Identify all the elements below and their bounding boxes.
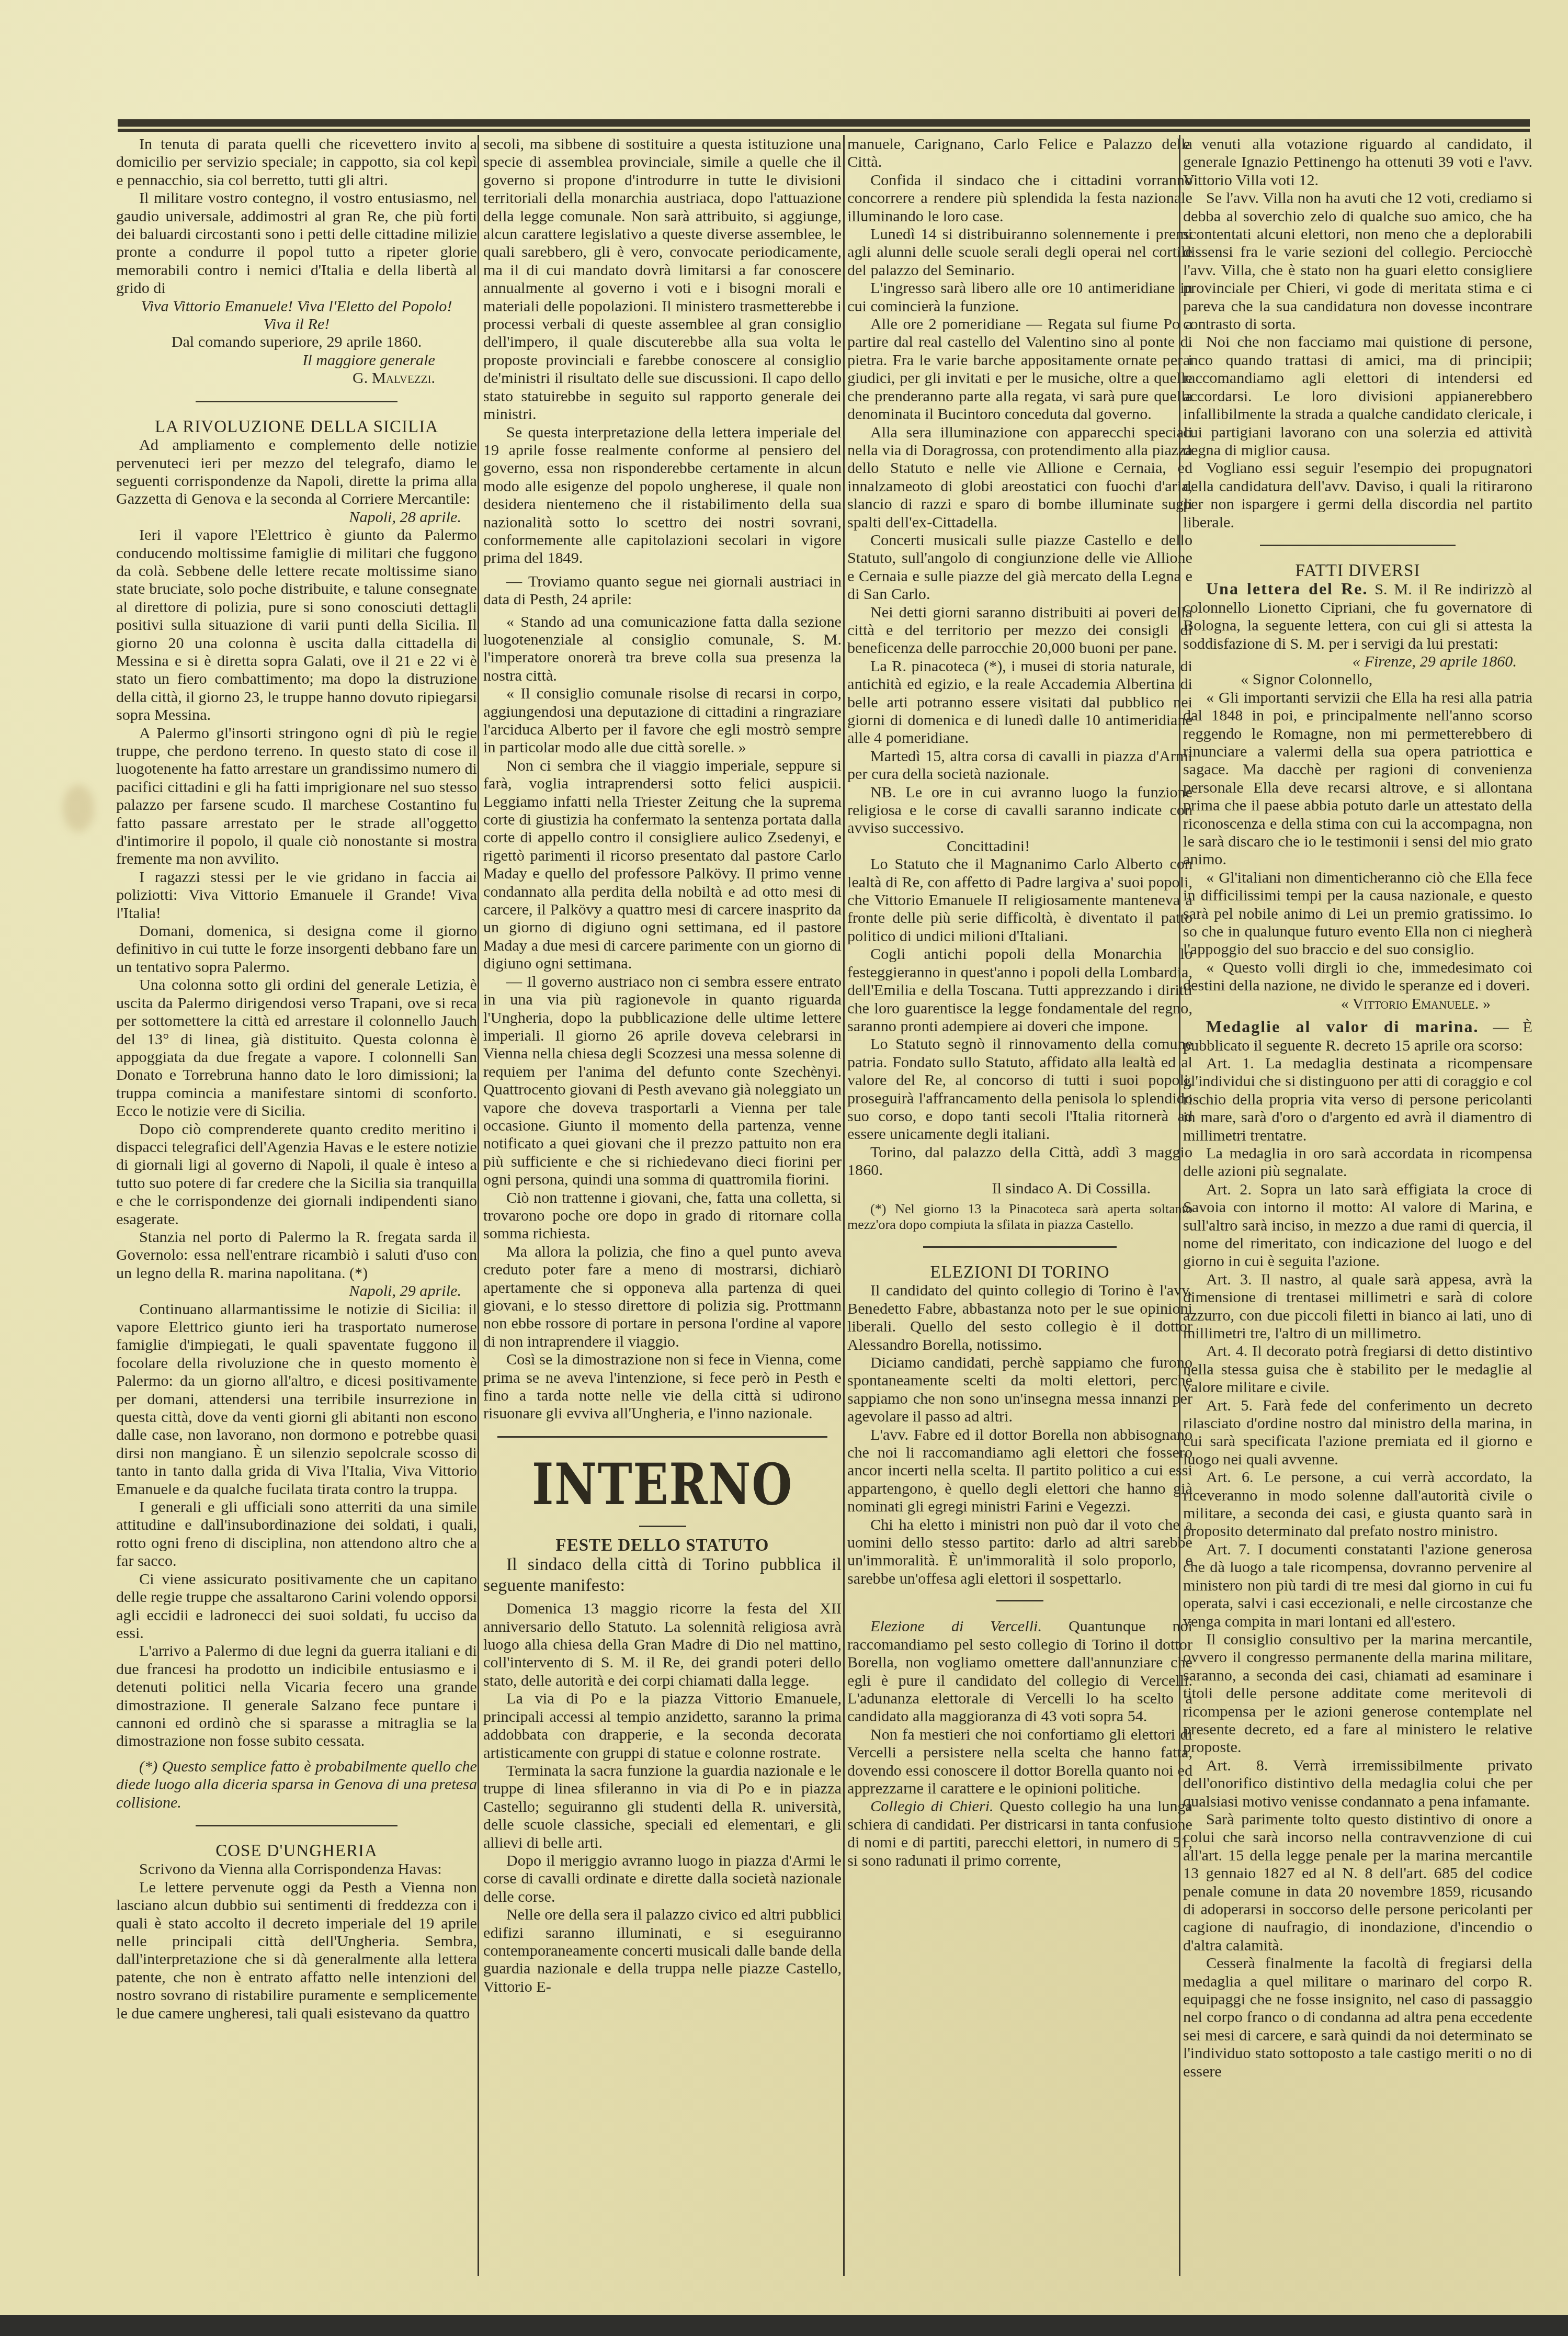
section-heading-feste: FESTE DELLO STATUTO <box>483 1537 842 1554</box>
section-heading-elezioni: ELEZIONI DI TORINO <box>847 1263 1192 1281</box>
section-heading-sicilia: LA RIVOLUZIONE DELLA SICILIA <box>116 418 477 436</box>
paragraph: Chi ha eletto i ministri non può dar il … <box>847 1516 1192 1588</box>
signature-name: G. Malvezzi. <box>116 369 477 387</box>
paragraph: Medaglie al valor di marina. — È pubblic… <box>1183 1018 1532 1054</box>
article: Art. 6. Le persone, a cui verrà accordat… <box>1183 1468 1532 1540</box>
letter-paragraph: « Gl'italiani non dimenticheranno ciò ch… <box>1183 868 1532 958</box>
dateline: Dal comando superiore, 29 aprile 1860. <box>116 333 477 351</box>
paragraph: Non fa mestieri che noi confortiamo gli … <box>847 1725 1192 1798</box>
paragraph: Scrivono da Vienna alla Corrispondenza H… <box>116 1860 477 1878</box>
section-separator <box>923 1246 1117 1248</box>
paragraph: Cogli antichi popoli della Monarchia lo … <box>847 945 1192 1035</box>
run-in-label: Medaglie al valor di marina. <box>1206 1017 1479 1036</box>
column-2: secoli, ma sibbene di sostituire a quest… <box>483 135 842 2278</box>
paragraph: Le lettere pervenute oggi da Pesth a Vie… <box>116 1878 477 2022</box>
paragraph: Così se la dimostrazione non si fece in … <box>483 1350 842 1423</box>
paragraph: Continuano allarmantissime le notizie di… <box>116 1300 477 1498</box>
paragraph: secoli, ma sibbene di sostituire a quest… <box>483 135 842 423</box>
section-separator <box>196 401 397 402</box>
paragraph: La via di Po e la piazza Vittorio Emanue… <box>483 1689 842 1762</box>
dateline: Napoli, 28 aprile. <box>116 508 477 526</box>
paragraph: Alla sera illuminazione con apparecchi s… <box>847 423 1192 531</box>
article: Il consiglio consultivo per la marina me… <box>1183 1630 1532 1756</box>
paragraph: Se questa interpretazione della lettera … <box>483 423 842 567</box>
run-in-label: Elezione di Vercelli. <box>870 1617 1042 1635</box>
footnote: (*) Nel giorno 13 la Pinacoteca sarà ape… <box>847 1201 1192 1233</box>
paragraph: Lo Statuto segnò il rinnovamento della c… <box>847 1035 1192 1143</box>
header-double-rule <box>118 119 1530 129</box>
article: Art. 3. Il nastro, al quale sarà appesa,… <box>1183 1270 1532 1342</box>
article: Art. 8. Verrà irremissibilmente privato … <box>1183 1756 1532 1810</box>
paragraph: Alle ore 2 pomeridiane — Regata sul fium… <box>847 315 1192 423</box>
dateline: « Firenze, 29 aprile 1860. <box>1183 652 1532 670</box>
article: Cesserà finalmente la facoltà di fregiar… <box>1183 1954 1532 2080</box>
paragraph: Domani, domenica, si designa come il gio… <box>116 922 477 976</box>
run-in-label: Collegio di Chieri. <box>870 1797 994 1815</box>
paragraph: Ma allora la polizia, che fino a quel pu… <box>483 1243 842 1350</box>
paragraph: La R. pinacoteca (*), i musei di storia … <box>847 657 1192 747</box>
short-separator <box>639 1526 686 1527</box>
paragraph: Una lettera del Re. S. M. il Re indirizz… <box>1183 580 1532 652</box>
section-heading-ungheria: COSE D'UNGHERIA <box>116 1842 477 1860</box>
paragraph: Concerti musicali sulle piazze Castello … <box>847 531 1192 603</box>
paragraph: Se l'avv. Villa non ha avuti che 12 voti… <box>1183 189 1532 333</box>
paragraph: Lo Statuto che il Magnanimo Carlo Albert… <box>847 855 1192 945</box>
paragraph: A Palermo gl'insorti stringono ogni dì p… <box>116 724 477 868</box>
paragraph: Ad ampliamento e complemento delle notiz… <box>116 436 477 508</box>
paragraph: L'ingresso sarà libero alle ore 10 antim… <box>847 279 1192 315</box>
article: Art. 1. La medaglia destinata a ricompen… <box>1183 1054 1532 1144</box>
paragraph: I ragazzi stessi per le vie gridano in f… <box>116 868 477 922</box>
signature-title: Il maggiore generale <box>116 351 477 369</box>
section-separator <box>1260 545 1456 546</box>
article: Art. 5. Farà fede del conferimento un de… <box>1183 1396 1532 1469</box>
letter-paragraph: « Questo volli dirgli io che, immedesima… <box>1183 958 1532 995</box>
quote-paragraph: « Stando ad una comunicazione fatta dall… <box>483 613 842 685</box>
paragraph: In tenuta di parata quelli che ricevette… <box>116 135 477 189</box>
dateline: Napoli, 29 aprile. <box>116 1282 477 1300</box>
article: La medaglia in oro sarà accordata in ric… <box>1183 1144 1532 1180</box>
paragraph: Domenica 13 maggio ricorre la festa del … <box>483 1599 842 1689</box>
paragraph: manuele, Carignano, Carlo Felice e Palaz… <box>847 135 1192 171</box>
paragraph: e venuti alla votazione riguardo al cand… <box>1183 135 1532 189</box>
paper-stain <box>63 785 94 832</box>
paragraph: Terminata la sacra funzione la guardia n… <box>483 1762 842 1852</box>
paragraph: Vogliano essi seguir l'esempio dei propu… <box>1183 459 1532 531</box>
run-in-label: Una lettera del Re. <box>1206 579 1368 598</box>
quote-paragraph: « Il consiglio comunale risolse di recar… <box>483 684 842 757</box>
paragraph: L'arrivo a Palermo di due legni da guerr… <box>116 1642 477 1750</box>
section-separator <box>196 1825 397 1826</box>
paragraph: Nelle ore della sera il palazzo civico e… <box>483 1905 842 1995</box>
paragraph: Diciamo candidati, perchè sappiamo che f… <box>847 1353 1192 1426</box>
paragraph: Ieri il vapore l'Elettrico è giunto da P… <box>116 526 477 724</box>
paragraph: Elezione di Vercelli. Quantunque noi rac… <box>847 1617 1192 1725</box>
signature: Il sindaco A. Di Cossilla. <box>847 1179 1192 1197</box>
paragraph: Non ci sembra che il viaggio imperiale, … <box>483 757 842 973</box>
section-separator <box>497 1436 827 1438</box>
column-divider <box>478 135 479 2276</box>
paragraph: Noi che non facciamo mai quistione di pe… <box>1183 333 1532 459</box>
paragraph: Martedì 15, altra corsa di cavalli in pi… <box>847 747 1192 783</box>
salutation: « Signor Colonnello, <box>1183 670 1532 688</box>
short-separator <box>996 1600 1043 1601</box>
scan-bottom-edge <box>0 2315 1568 2336</box>
article: Art. 4. Il decorato potrà fregiarsi di d… <box>1183 1342 1532 1396</box>
article: Art. 2. Sopra un lato sarà effigiata la … <box>1183 1180 1532 1270</box>
paragraph: — Il governo austriaco non ci sembra ess… <box>483 973 842 1189</box>
paragraph: L'avv. Fabre ed il dottor Borella non ab… <box>847 1426 1192 1516</box>
paragraph: Una colonna sotto gli ordini del general… <box>116 976 477 1120</box>
paragraph: NB. Le ore in cui avranno luogo la funzi… <box>847 783 1192 837</box>
paragraph: Il militare vostro contegno, il vostro e… <box>116 189 477 297</box>
paragraph: Torino, dal palazzo della Città, addì 3 … <box>847 1143 1192 1179</box>
acclamation: Viva Vittorio Emanuele! Viva l'Eletto de… <box>116 297 477 315</box>
paragraph: Il candidato del quinto collegio di Tori… <box>847 1281 1192 1353</box>
paragraph: Nei detti giorni saranno distribuiti ai … <box>847 603 1192 657</box>
footnote: (*) Questo semplice fatto è probabilment… <box>116 1757 477 1811</box>
column-3: manuele, Carignano, Carlo Felice e Palaz… <box>847 135 1192 2278</box>
paragraph: — Troviamo quanto segue nei giornali aus… <box>483 572 842 608</box>
section-title-interno: INTERNO <box>516 1453 810 1516</box>
article: Sarà parimente tolto questo distintivo d… <box>1183 1810 1532 1954</box>
article: Art. 7. I documenti constatanti l'azione… <box>1183 1540 1532 1630</box>
paragraph: Collegio di Chieri. Questo collegio ha u… <box>847 1797 1192 1869</box>
paragraph: Ci viene assicurato positivamente che un… <box>116 1570 477 1642</box>
paragraph: Il sindaco della città di Torino pubblic… <box>483 1554 842 1596</box>
column-divider <box>843 135 845 2276</box>
paragraph: Lunedì 14 si distribuiranno solennemente… <box>847 225 1192 279</box>
paragraph: I generali e gli ufficiali sono atterrit… <box>116 1498 477 1570</box>
paragraph: Dopo ciò comprenderete quanto credito me… <box>116 1120 477 1228</box>
paragraph: Ciò non trattenne i giovani, che, fatta … <box>483 1189 842 1243</box>
paragraph: Stanzia nel porto di Palermo la R. frega… <box>116 1228 477 1282</box>
letter-paragraph: « Gli importanti servizii che Ella ha re… <box>1183 689 1532 868</box>
section-heading-fatti: FATTI DIVERSI <box>1183 562 1532 580</box>
salutation: Concittadini! <box>847 837 1192 855</box>
paragraph: Confida il sindaco che i cittadini vorra… <box>847 171 1192 225</box>
paragraph: Dopo il meriggio avranno luogo in piazza… <box>483 1852 842 1905</box>
signature: « Vittorio Emanuele. » <box>1183 995 1532 1012</box>
column-1: In tenuta di parata quelli che ricevette… <box>116 135 477 2278</box>
column-4: e venuti alla votazione riguardo al cand… <box>1183 135 1532 2278</box>
acclamation: Viva il Re! <box>116 315 477 333</box>
